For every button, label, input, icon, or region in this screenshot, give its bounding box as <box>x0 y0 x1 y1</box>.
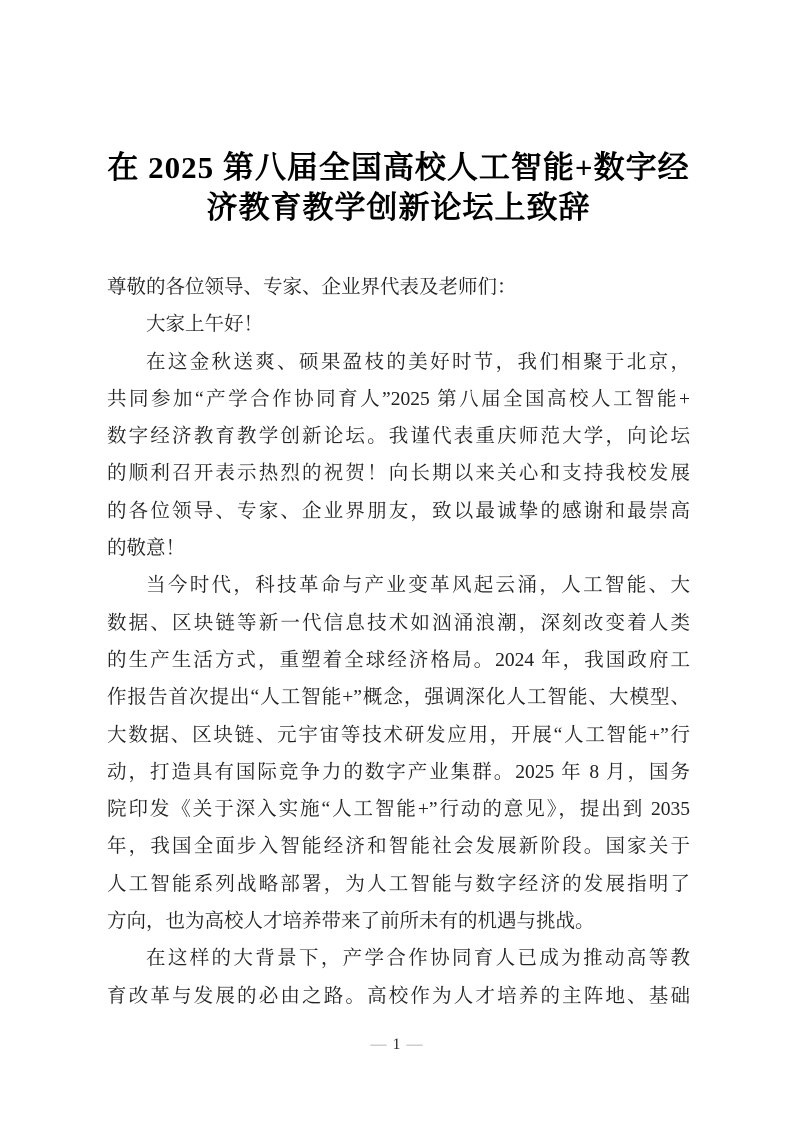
body-line: 的各位领导、专家、企业界朋友，致以最诚挚的感谢和最崇高 <box>107 493 690 530</box>
body-line: 的生产生活方式，重塑着全球经济格局。2024 年，我国政府工 <box>107 642 690 679</box>
footer-left-dash: — <box>365 1036 393 1053</box>
page-footer: —1— <box>0 1033 793 1057</box>
body-line: 共同参加“产学合作协同育人”2025 第八届全国高校人工智能+ <box>107 381 690 418</box>
body-line: 在这样的大背景下，产学合作协同育人已成为推动高等教 <box>107 940 690 977</box>
body-line: 年，我国全面步入智能经济和智能社会发展新阶段。国家关于 <box>107 828 690 865</box>
body-line: 作报告首次提出“人工智能+”概念，强调深化人工智能、大模型、 <box>107 679 690 716</box>
body-line: 育改革与发展的必由之路。高校作为人才培养的主阵地、基础 <box>107 978 690 1015</box>
document-title-line-1: 在 2025 第八届全国高校人工智能+数字经 <box>107 148 690 188</box>
body-line: 大数据、区块链、元宇宙等技术研发应用，开展“人工智能+”行 <box>107 717 690 754</box>
body-line: 的顺利召开表示热烈的祝贺！向长期以来关心和支持我校发展 <box>107 455 690 492</box>
body-line: 当今时代，科技革命与产业变革风起云涌，人工智能、大 <box>107 567 690 604</box>
document-body: 尊敬的各位领导、专家、企业界代表及老师们： 大家上午好！ 在这金秋送爽、硕果盈枝… <box>107 269 690 1015</box>
document-page: 在 2025 第八届全国高校人工智能+数字经 济教育教学创新论坛上致辞 尊敬的各… <box>0 0 793 1122</box>
body-line: 大家上午好！ <box>107 306 690 343</box>
body-line: 动，打造具有国际竞争力的数字产业集群。2025 年 8 月，国务 <box>107 754 690 791</box>
body-line: 在这金秋送爽、硕果盈枝的美好时节，我们相聚于北京， <box>107 344 690 381</box>
body-line: 的敬意！ <box>107 530 690 567</box>
footer-right-dash: — <box>401 1036 429 1053</box>
page-number: 1 <box>393 1036 401 1053</box>
body-line: 方向，也为高校人才培养带来了前所未有的机遇与挑战。 <box>107 903 690 940</box>
body-line: 院印发《关于深入实施“人工智能+”行动的意见》，提出到 2035 <box>107 791 690 828</box>
salutation-line: 尊敬的各位领导、专家、企业界代表及老师们： <box>107 269 690 306</box>
document-title: 在 2025 第八届全国高校人工智能+数字经 济教育教学创新论坛上致辞 <box>107 148 690 228</box>
document-title-line-2: 济教育教学创新论坛上致辞 <box>107 188 690 228</box>
body-line: 人工智能系列战略部署，为人工智能与数字经济的发展指明了 <box>107 866 690 903</box>
body-line: 数据、区块链等新一代信息技术如汹涌浪潮，深刻改变着人类 <box>107 605 690 642</box>
body-line: 数字经济教育教学创新论坛。我谨代表重庆师范大学，向论坛 <box>107 418 690 455</box>
